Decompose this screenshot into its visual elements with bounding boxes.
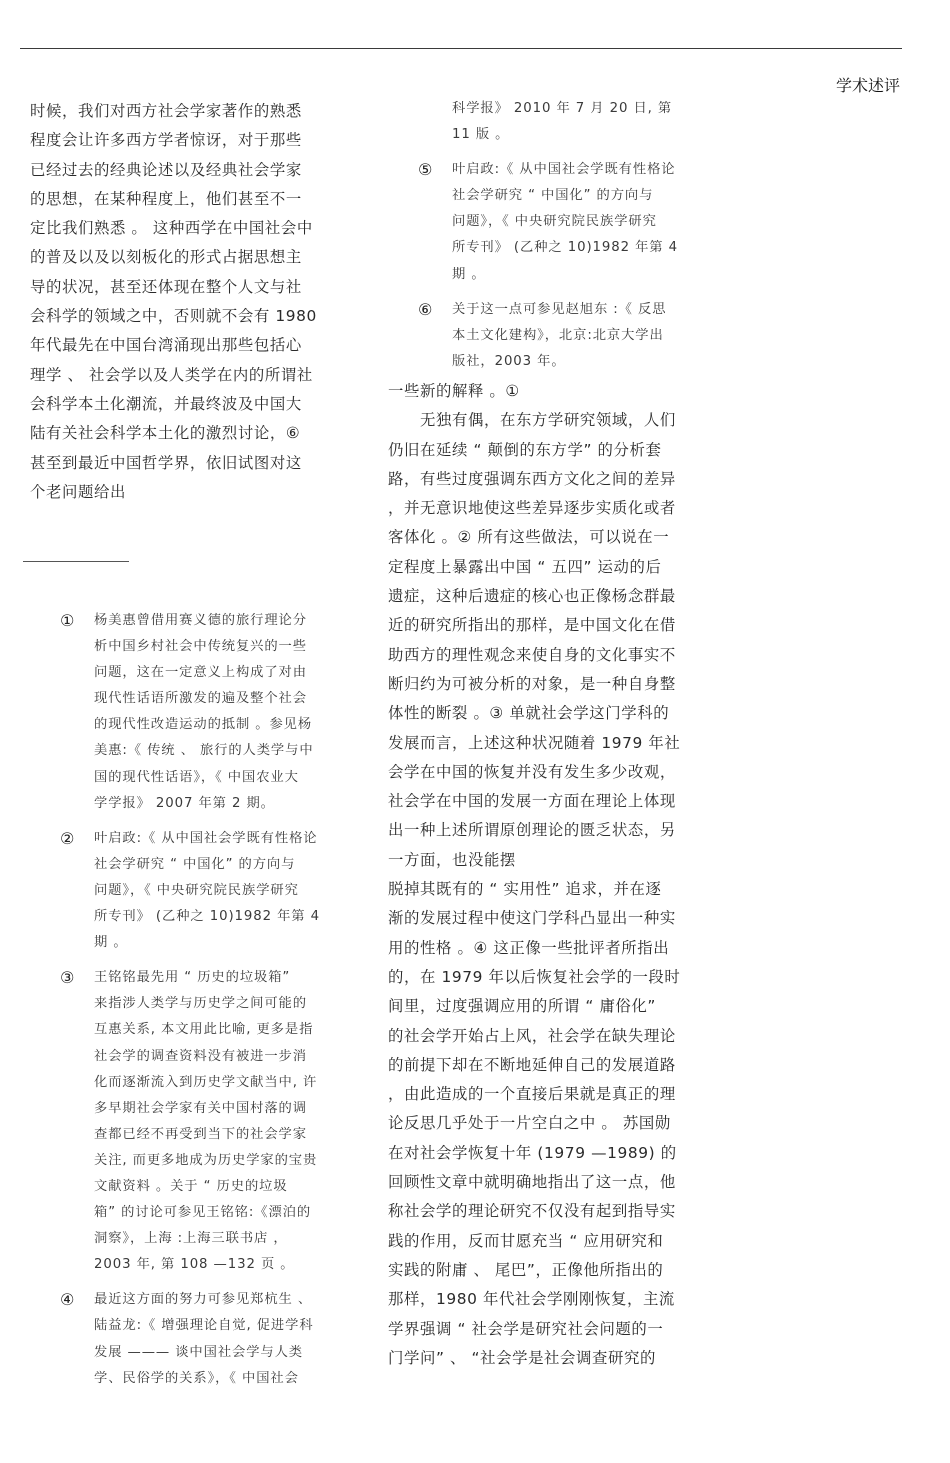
text-line: 陆有关社会科学本土化的激烈讨论，⑥ <box>30 419 340 448</box>
footnote-text: 叶启政:《 从中国社会学既有性格论社会学研究 “ 中国化” 的方向与问题》，《 … <box>452 157 708 287</box>
text-line: 近的研究所指出的那样，是中国文化在借 <box>388 611 703 640</box>
footnote-line: 2003 年, 第 108 —132 页 。 <box>94 1252 350 1278</box>
text-line: 回顾性文章中就明确地指出了这一点，他 <box>388 1168 703 1197</box>
footnote: ⑥关于这一点可参见赵旭东 :《 反思本土文化建构》，北京:北京大学出版社，200… <box>418 297 708 375</box>
footnote-line: 所专刊》 (乙种之 10)1982 年第 4 <box>94 904 350 930</box>
right-footnotes: 科学报》 2010 年 7 月 20 日, 第11 版 。⑤叶启政:《 从中国社… <box>418 96 708 384</box>
footnote-line: 王铭铭最先用 “ 历史的垃圾箱” <box>94 965 350 991</box>
footnote: ②叶启政:《 从中国社会学既有性格论社会学研究 “ 中国化” 的方向与问题》，《… <box>60 826 350 956</box>
footnote-line: 现代性话语所激发的遍及整个社会 <box>94 686 350 712</box>
footnote-text: 叶启政:《 从中国社会学既有性格论社会学研究 “ 中国化” 的方向与问题》，《 … <box>94 826 350 956</box>
text-line: 路，有些过度强调东西方文化之间的差异 <box>388 465 703 494</box>
text-line: 的前提下却在不断地延伸自己的发展道路 <box>388 1051 703 1080</box>
text-line: 断归约为可被分析的对象，是一种自身整 <box>388 670 703 699</box>
footnote-line: 互惠关系, 本文用此比喻, 更多是指 <box>94 1017 350 1043</box>
text-line: 的社会学开始占上风，社会学在缺失理论 <box>388 1022 703 1051</box>
text-line: 间里，过度强调应用的所谓 “ 庸俗化” <box>388 992 703 1021</box>
text-line: 脱掉其既有的 “ 实用性” 追求，并在逐 <box>388 875 703 904</box>
footnote-line: 问题》，《 中央研究院民族学研究 <box>94 878 350 904</box>
footnote-text: 最近这方面的努力可参见郑杭生 、陆益龙:《 增强理论自觉, 促进学科发展 ———… <box>94 1287 350 1391</box>
text-line: 论反思几乎处于一片空白之中 。 苏国勋 <box>388 1109 703 1138</box>
footnote-line: 学学报》 2007 年第 2 期。 <box>94 791 350 817</box>
text-line: 的思想，在某种程度上，他们甚至不一 <box>30 185 340 214</box>
footnote-line: 期 。 <box>452 262 708 288</box>
text-line: 无独有偶，在东方学研究领域，人们 <box>388 406 703 435</box>
footnote-line: 版社，2003 年。 <box>452 349 708 375</box>
text-line: 社会学在中国的发展一方面在理论上体现 <box>388 787 703 816</box>
footnote-line: 发展 ——— 谈中国社会学与人类 <box>94 1340 350 1366</box>
text-line: 理学 、 社会学以及人类学在内的所谓社 <box>30 361 340 390</box>
footnote-line: 的现代性改造运动的抵制 。参见杨 <box>94 712 350 738</box>
text-line: 遗症，这种后遗症的核心也正像杨念群最 <box>388 582 703 611</box>
text-line: 定比我们熟悉 。 这种西学在中国社会中 <box>30 214 340 243</box>
text-line: 称社会学的理论研究不仅没有起到指导实 <box>388 1197 703 1226</box>
text-line: 客体化 。② 所有这些做法，可以说在一 <box>388 523 703 552</box>
footnote-text: 科学报》 2010 年 7 月 20 日, 第11 版 。 <box>452 96 708 148</box>
text-line: 出一种上述所谓原创理论的匮乏状态，另 <box>388 816 703 845</box>
text-line: 导的状况，甚至还体现在整个人文与社 <box>30 273 340 302</box>
text-line: 那样，1980 年代社会学刚刚恢复，主流 <box>388 1285 703 1314</box>
text-line: 用的性格 。④ 这正像一些批评者所指出 <box>388 934 703 963</box>
text-line: 门学问” 、 “社会学是社会调查研究的 <box>388 1344 703 1373</box>
text-line: 的，在 1979 年以后恢复社会学的一段时 <box>388 963 703 992</box>
footnote-line: 国的现代性话语》，《 中国农业大 <box>94 765 350 791</box>
footnote-line: 多早期社会学家有关中国村落的调 <box>94 1096 350 1122</box>
text-line: 学界强调 “ 社会学是研究社会问题的一 <box>388 1315 703 1344</box>
footnote-line: 社会学的调查资料没有被进一步消 <box>94 1044 350 1070</box>
footnote-line: 析中国乡村社会中传统复兴的一些 <box>94 634 350 660</box>
text-line: 仍旧在延续 “ 颠倒的东方学” 的分析套 <box>388 436 703 465</box>
footnote-line: 美惠:《 传统 、 旅行的人类学与中 <box>94 738 350 764</box>
footnote-line: 学、民俗学的关系》，《 中国社会 <box>94 1366 350 1392</box>
footnote-line: 杨美惠曾借用赛义德的旅行理论分 <box>94 608 350 634</box>
footnote-line: 最近这方面的努力可参见郑杭生 、 <box>94 1287 350 1313</box>
footnote-line: 查都已经不再受到当下的社会学家 <box>94 1122 350 1148</box>
footnote-separator <box>23 561 129 562</box>
text-line: 一方面，也没能摆 <box>388 846 703 875</box>
footnote-line: 社会学研究 “ 中国化” 的方向与 <box>452 183 708 209</box>
text-line: 个老问题给出 <box>30 478 340 507</box>
footnote-marker: ② <box>60 826 75 852</box>
right-column-body: 一些新的解释 。①无独有偶，在东方学研究领域，人们仍旧在延续 “ 颠倒的东方学”… <box>388 377 703 1373</box>
text-line: 定程度上暴露出中国 “ 五四” 运动的后 <box>388 553 703 582</box>
text-line: 已经过去的经典论述以及经典社会学家 <box>30 156 340 185</box>
footnote-line: 化而逐渐流入到历史学文献当中, 许 <box>94 1070 350 1096</box>
footnote-line: 箱” 的讨论可参见王铭铭:《漂泊的 <box>94 1200 350 1226</box>
footnote-line: 叶启政:《 从中国社会学既有性格论 <box>94 826 350 852</box>
footnote: 科学报》 2010 年 7 月 20 日, 第11 版 。 <box>418 96 708 148</box>
footnote-marker: ③ <box>60 965 75 991</box>
text-line: ，并无意识地使这些差异逐步实质化或者 <box>388 494 703 523</box>
text-line: 会科学的领域之中，否则就不会有 1980 <box>30 302 340 331</box>
footnote-line: 11 版 。 <box>452 122 708 148</box>
footnote: ⑤叶启政:《 从中国社会学既有性格论社会学研究 “ 中国化” 的方向与问题》，《… <box>418 157 708 287</box>
footnote-line: 社会学研究 “ 中国化” 的方向与 <box>94 852 350 878</box>
footnote-text: 王铭铭最先用 “ 历史的垃圾箱”来指涉人类学与历史学之间可能的互惠关系, 本文用… <box>94 965 350 1278</box>
text-line: 体性的断裂 。③ 单就社会学这门学科的 <box>388 699 703 728</box>
text-line: 发展而言，上述这种状况随着 1979 年社 <box>388 729 703 758</box>
footnote-line: 期 。 <box>94 930 350 956</box>
footnote-marker: ① <box>60 608 75 634</box>
text-line: 实践的附庸 、 尾巴”，正像他所指出的 <box>388 1256 703 1285</box>
left-footnotes: ①杨美惠曾借用赛义德的旅行理论分析中国乡村社会中传统复兴的一些问题，这在一定意义… <box>60 608 350 1401</box>
text-line: 甚至到最近中国哲学界，依旧试图对这 <box>30 449 340 478</box>
footnote-text: 杨美惠曾借用赛义德的旅行理论分析中国乡村社会中传统复兴的一些问题，这在一定意义上… <box>94 608 350 817</box>
footnote-line: 科学报》 2010 年 7 月 20 日, 第 <box>452 96 708 122</box>
footnote-marker: ⑥ <box>418 297 433 323</box>
footnote-line: 洞察》，上海 :上海三联书店 ， <box>94 1226 350 1252</box>
footnote: ④最近这方面的努力可参见郑杭生 、陆益龙:《 增强理论自觉, 促进学科发展 ——… <box>60 1287 350 1391</box>
footnote-marker: ⑤ <box>418 157 433 183</box>
text-line: 渐的发展过程中使这门学科凸显出一种实 <box>388 904 703 933</box>
text-line: 年代最先在中国台湾涌现出那些包括心 <box>30 331 340 360</box>
text-line: 一些新的解释 。① <box>388 377 703 406</box>
text-line: 会学在中国的恢复并没有发生多少改观， <box>388 758 703 787</box>
footnote-line: 关注, 而更多地成为历史学家的宝贵 <box>94 1148 350 1174</box>
footnote: ①杨美惠曾借用赛义德的旅行理论分析中国乡村社会中传统复兴的一些问题，这在一定意义… <box>60 608 350 817</box>
header-rule <box>20 48 902 49</box>
running-head: 学术述评 <box>836 73 900 96</box>
footnote-line: 文献资料 。关于 “ 历史的垃圾 <box>94 1174 350 1200</box>
footnote-line: 关于这一点可参见赵旭东 :《 反思 <box>452 297 708 323</box>
footnote-line: 问题，这在一定意义上构成了对由 <box>94 660 350 686</box>
footnote-line: 叶启政:《 从中国社会学既有性格论 <box>452 157 708 183</box>
footnote-line: 本土文化建构》，北京:北京大学出 <box>452 323 708 349</box>
text-line: 助西方的理性观念来使自身的文化事实不 <box>388 641 703 670</box>
text-line: 践的作用，反而甘愿充当 “ 应用研究和 <box>388 1227 703 1256</box>
footnote: ③王铭铭最先用 “ 历史的垃圾箱”来指涉人类学与历史学之间可能的互惠关系, 本文… <box>60 965 350 1278</box>
text-line: 时候，我们对西方社会学家著作的熟悉 <box>30 97 340 126</box>
footnote-text: 关于这一点可参见赵旭东 :《 反思本土文化建构》，北京:北京大学出版社，2003… <box>452 297 708 375</box>
footnote-marker: ④ <box>60 1287 75 1313</box>
text-line: 在对社会学恢复十年 (1979 —1989) 的 <box>388 1139 703 1168</box>
text-line: ，由此造成的一个直接后果就是真正的理 <box>388 1080 703 1109</box>
text-line: 程度会让许多西方学者惊讶，对于那些 <box>30 126 340 155</box>
footnote-line: 问题》，《 中央研究院民族学研究 <box>452 209 708 235</box>
left-column-body: 时候，我们对西方社会学家著作的熟悉程度会让许多西方学者惊讶，对于那些已经过去的经… <box>30 97 340 507</box>
text-line: 会科学本土化潮流，并最终波及中国大 <box>30 390 340 419</box>
footnote-line: 来指涉人类学与历史学之间可能的 <box>94 991 350 1017</box>
footnote-line: 陆益龙:《 增强理论自觉, 促进学科 <box>94 1313 350 1339</box>
text-line: 的普及以及以刻板化的形式占据思想主 <box>30 243 340 272</box>
footnote-line: 所专刊》 (乙种之 10)1982 年第 4 <box>452 235 708 261</box>
